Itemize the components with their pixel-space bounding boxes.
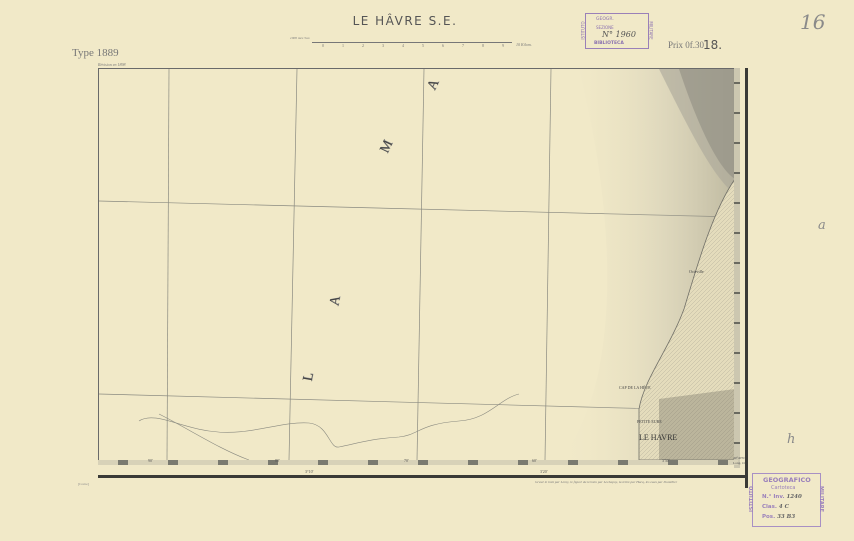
stamp-side-text: MILITARE [648, 21, 653, 39]
pos-value: 33 B3 [777, 514, 795, 520]
right-border-band [734, 68, 740, 468]
handwritten-mark-a: a [818, 218, 826, 233]
scale-left-label: 1000 mes 5oo [290, 36, 309, 40]
stamp-inv-row: N.° Inv. 1240 [762, 494, 802, 500]
price-label: Prix 0f.30 [668, 40, 704, 50]
type-label: Type 1889 [72, 47, 119, 59]
cartoteca-stamp: GEOGRAFICO Cartoteca N.° Inv. 1240 Clas.… [752, 473, 821, 527]
revision-note: Révision en 1898 [98, 62, 126, 67]
map-title: LE HÂVRE S.E. [340, 14, 470, 28]
coord-label: 49°40'N [733, 456, 745, 460]
handwritten-mark-h: h [787, 432, 795, 447]
stamp-pos-row: Pos. 33 B3 [762, 514, 795, 520]
map-frame: L A M A LE HAVRE CAP DE LA HÈVE PETITE E… [98, 68, 736, 461]
stamp-side-text: MILITARE [818, 486, 824, 512]
stamp-side-text: ISTITUTO [749, 486, 755, 512]
grid-label: 3'30' [662, 458, 669, 463]
stamp-header: GEOGRAFICO [763, 476, 811, 484]
inv-value: 1240 [786, 494, 801, 500]
corner-note: [Corne] [78, 482, 89, 486]
clas-label: Clas. [762, 504, 777, 510]
scale-tick: 9 [502, 43, 504, 48]
bottom-border-band [98, 460, 738, 465]
place-le-havre: LE HAVRE [639, 433, 677, 442]
scale-tick: 7 [462, 43, 464, 48]
pos-label: Pos. [762, 514, 775, 520]
engraving-credits: Gravé le trait par Leroy, le figuré du t… [535, 480, 677, 484]
stamp-sub: Cartoteca [771, 485, 795, 491]
handwritten-sheet-mark: 16 [800, 10, 825, 34]
place-octeville: Octeville [689, 269, 704, 274]
scale-tick: 5 [422, 43, 424, 48]
grid-label: 3'20' [540, 469, 547, 474]
scale-tick: 4 [402, 43, 404, 48]
place-cap-de-la-heve: CAP DE LA HÈVE [619, 385, 651, 390]
scale-tick: 2 [362, 43, 364, 48]
stamp-handwritten-number: N° 1960 [602, 30, 636, 39]
sheet-number: 18. [703, 38, 722, 52]
scale-bar: 1000 mes 5oo 0 1 2 3 4 5 6 7 8 9 10 Kilo… [290, 36, 540, 50]
scale-tick: 3 [382, 43, 384, 48]
map-canvas [99, 69, 735, 460]
library-stamp: GEOGR. SEZIONE N° 1960 BIBLIOTECA ISTITU… [585, 13, 649, 49]
grid-label: 60' [532, 458, 537, 463]
inv-label: N.° Inv. [762, 494, 785, 500]
place-petite-eure: PETITE EURE [637, 419, 662, 424]
scale-tick: 1 [342, 43, 344, 48]
grid-label: 90' [148, 458, 153, 463]
grid-label: 70' [404, 458, 409, 463]
scale-tick: 6 [442, 43, 444, 48]
coord-label: Long. O. [733, 461, 746, 465]
stamp-side-text: ISTITUTO [581, 21, 586, 39]
grid-label: 80' [275, 458, 280, 463]
scale-unit: 10 Kilom. [516, 42, 532, 47]
stamp-text: GEOGR. [596, 17, 614, 22]
stamp-clas-row: Clas. 4 C [762, 504, 789, 510]
clas-value: 4 C [779, 504, 789, 510]
grid-label: 3°10' [305, 469, 313, 474]
stamp-text: BIBLIOTECA [594, 41, 624, 46]
bottom-border-thick-line [98, 475, 748, 478]
scale-tick: 8 [482, 43, 484, 48]
right-border-thick-line [745, 68, 748, 488]
scale-tick: 0 [322, 43, 324, 48]
